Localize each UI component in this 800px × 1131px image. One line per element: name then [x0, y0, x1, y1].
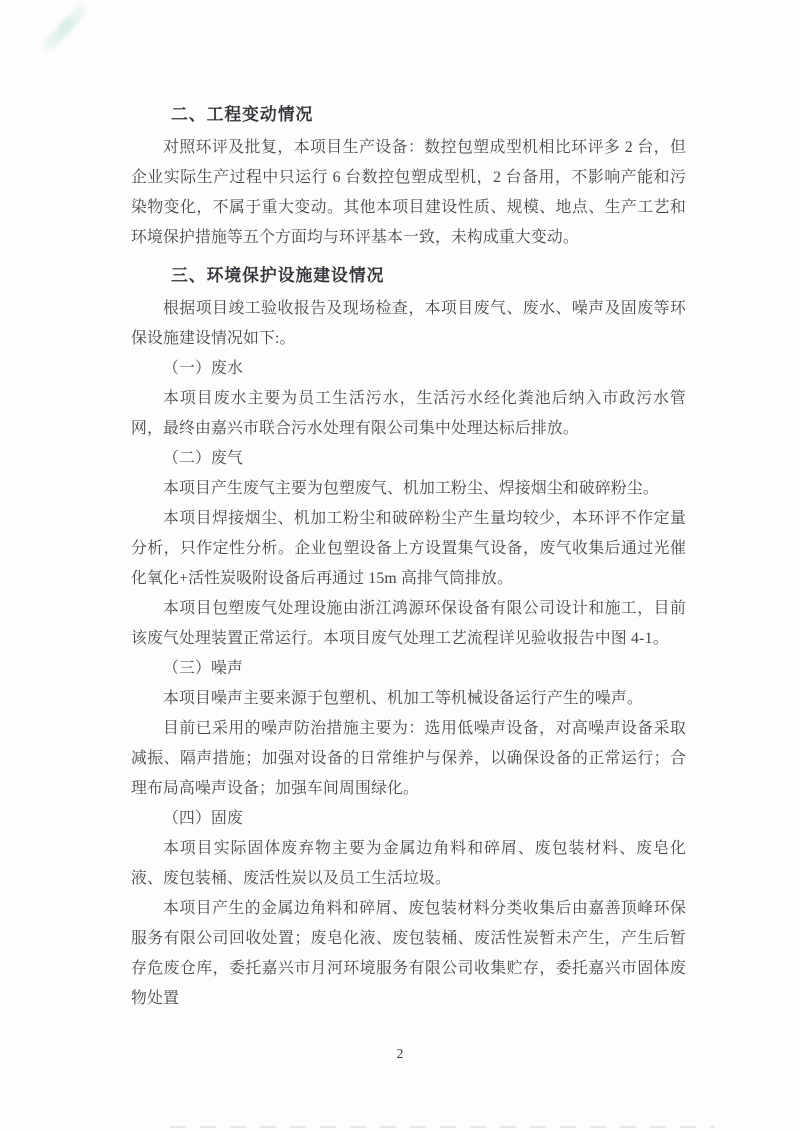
body-paragraph: 本项目实际固体废弃物主要为金属边角料和碎屑、废包装材料、废皂化液、废包装桶、废活… [131, 834, 686, 894]
page-number: 2 [0, 1046, 800, 1062]
body-paragraph: 本项目包塑废气处理设施由浙江鸿源环保设备有限公司设计和施工，目前该废气处理装置正… [131, 594, 686, 654]
subsection-heading: （二）废气 [131, 444, 686, 474]
body-paragraph: 根据项目竣工验收报告及现场检查，本项目废气、废水、噪声及固废等环保设施建设情况如… [131, 294, 686, 354]
document-body: 二、工程变动情况对照环评及批复，本项目生产设备：数控包塑成型机相比环评多 2 台… [0, 0, 800, 1014]
body-paragraph: 本项目废水主要为员工生活污水，生活污水经化粪池后纳入市政污水管网，最终由嘉兴市联… [131, 384, 686, 444]
body-paragraph: 本项目噪声主要来源于包塑机、机加工等机械设备运行产生的噪声。 [131, 684, 686, 714]
body-paragraph: 本项目焊接烟尘、机加工粉尘和破碎粉尘产生量均较少，本环评不作定量分析，只作定性分… [131, 504, 686, 594]
body-paragraph: 本项目产生的金属边角料和碎屑、废包装材料分类收集后由嘉善顶峰环保服务有限公司回收… [131, 894, 686, 1014]
body-paragraph: 目前已采用的噪声防治措施主要为：选用低噪声设备，对高噪声设备采取减振、隔声措施；… [131, 714, 686, 804]
scan-artifact-bottom-edge [170, 1126, 715, 1128]
scanned-document-page: 二、工程变动情况对照环评及批复，本项目生产设备：数控包塑成型机相比环评多 2 台… [0, 0, 800, 1131]
subsection-heading: （一）废水 [131, 354, 686, 384]
subsection-heading: （四）固废 [131, 804, 686, 834]
section-heading: 二、工程变动情况 [131, 100, 686, 130]
section-heading: 三、环境保护设施建设情况 [131, 261, 686, 291]
subsection-heading: （三）噪声 [131, 654, 686, 684]
body-paragraph: 对照环评及批复，本项目生产设备：数控包塑成型机相比环评多 2 台，但企业实际生产… [131, 133, 686, 253]
body-paragraph: 本项目产生废气主要为包塑废气、机加工粉尘、焊接烟尘和破碎粉尘。 [131, 474, 686, 504]
